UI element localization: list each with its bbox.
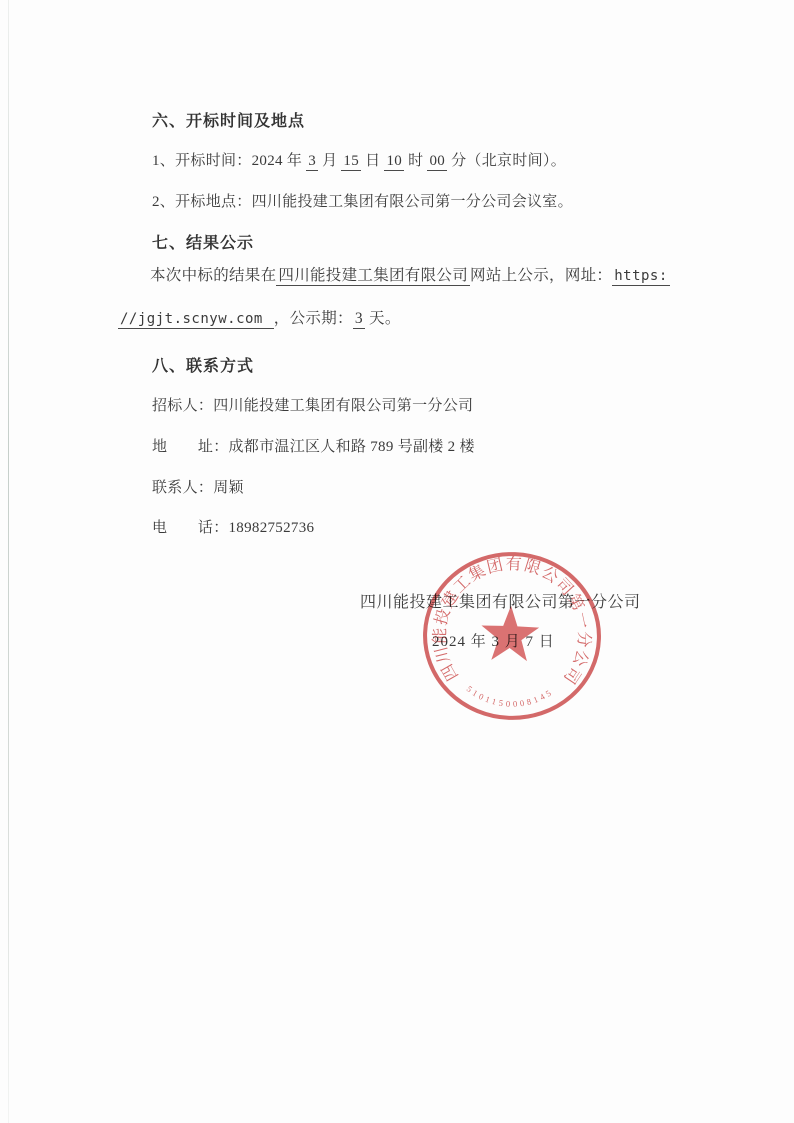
bid-time-line: 1、开标时间：2024 年 3 月 15 日 10 时 00 分（北京时间）。	[152, 149, 566, 170]
result-para-line-1: 本次中标的结果在四川能投建工集团有限公司网站上公示，网址：https:	[150, 263, 670, 285]
section-6-heading: 六、开标时间及地点	[152, 108, 305, 131]
result-company-underlined: 四川能投建工集团有限公司	[276, 267, 470, 286]
bid-hour-value: 10	[384, 153, 404, 171]
result-para-line-2: //jgjt.scnyw.com ，公示期：3 天。	[118, 306, 401, 328]
stamp-star-icon	[480, 605, 540, 662]
address-line: 地 址：成都市温江区人和路 789 号副楼 2 楼	[152, 435, 475, 456]
section-7-heading: 七、结果公示	[152, 230, 254, 253]
svg-text:5101150008145: 5101150008145	[464, 683, 555, 710]
result-text-1: 本次中标的结果在	[150, 267, 276, 284]
bid-time-prefix: 1、开标时间：2024 年	[152, 153, 306, 169]
result-text-2: 网站上公示，网址：	[470, 267, 612, 284]
bid-location-line: 2、开标地点：四川能投建工集团有限公司第一分公司会议室。	[152, 190, 573, 211]
contact-person-line: 联系人：周颖	[152, 476, 244, 497]
bid-minute-value: 00	[427, 153, 447, 171]
bid-time-sep1: 月	[318, 153, 341, 169]
bid-day-value: 15	[341, 153, 361, 171]
bid-month-value: 3	[306, 153, 318, 171]
result-text-4: 天。	[365, 310, 401, 327]
phone-line: 电 话：18982752736	[152, 516, 314, 537]
document-page: 六、开标时间及地点 1、开标时间：2024 年 3 月 15 日 10 时 00…	[0, 0, 794, 1123]
stamp-serial-number: 5101150008145	[464, 683, 555, 710]
scan-edge-artifact	[8, 0, 9, 1123]
bid-time-sep2: 日	[361, 153, 384, 169]
bid-time-suffix: 分（北京时间）。	[447, 153, 566, 169]
bidder-line: 招标人：四川能投建工集团有限公司第一分公司	[152, 394, 473, 415]
result-url-host: //jgjt.scnyw.com	[118, 311, 274, 329]
result-text-3: ，公示期：	[274, 310, 353, 327]
bid-time-sep3: 时	[404, 153, 427, 169]
company-seal-stamp: 四川能投建工集团有限公司第一分公司 5101150008145	[418, 542, 606, 730]
section-8-heading: 八、联系方式	[152, 353, 254, 376]
result-days-value: 3	[353, 310, 365, 329]
result-url-scheme: https:	[612, 268, 670, 286]
